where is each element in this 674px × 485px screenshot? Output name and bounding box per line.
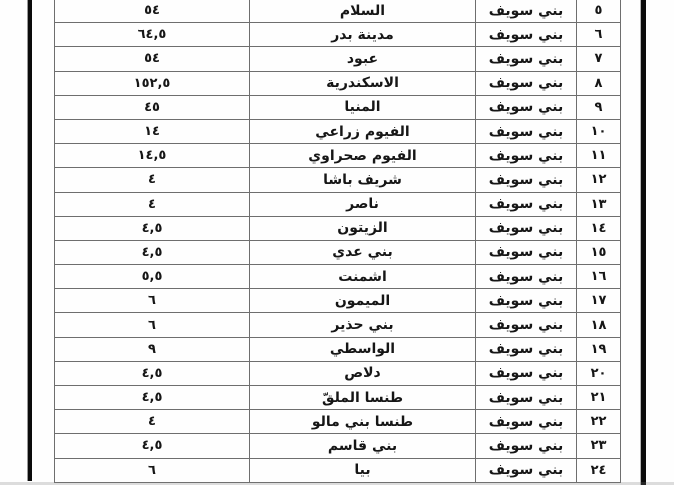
area-name-cell: الفيوم صحراوي [250, 144, 476, 168]
area-name-cell: طنسا الملقّ [250, 386, 476, 410]
table-row: ٢١ بني سويف طنسا الملقّ ٤,٥ [55, 386, 621, 410]
row-number-cell: ١٤ [577, 216, 621, 240]
area-name-cell: السلام [250, 0, 476, 23]
value-cell: ٤,٥ [55, 386, 250, 410]
row-number-cell: ٧ [577, 47, 621, 71]
governorate-cell: بني سويف [476, 313, 577, 337]
governorate-cell: بني سويف [476, 434, 577, 458]
area-name-cell: بني عدي [250, 240, 476, 264]
value-cell: ١٤,٥ [55, 144, 250, 168]
row-number-cell: ٥ [577, 0, 621, 23]
area-name-cell: عبود [250, 47, 476, 71]
row-number-cell: ٢٠ [577, 361, 621, 385]
row-number-cell: ١٩ [577, 337, 621, 361]
area-name-cell: اشمنت [250, 265, 476, 289]
value-cell: ٥٤ [55, 47, 250, 71]
area-name-cell: طنسا بني مالو [250, 410, 476, 434]
row-number-cell: ٦ [577, 23, 621, 47]
areas-table: ٥ بني سويف السلام ٥٤ ٦ بني سويف مدينة بد… [54, 0, 621, 483]
area-name-cell: المنيا [250, 95, 476, 119]
governorate-cell: بني سويف [476, 144, 577, 168]
governorate-cell: بني سويف [476, 168, 577, 192]
value-cell: ٥٤ [55, 0, 250, 23]
table-row: ٥ بني سويف السلام ٥٤ [55, 0, 621, 23]
area-name-cell: الزيتون [250, 216, 476, 240]
value-cell: ١٥٢,٥ [55, 71, 250, 95]
table-row: ١٧ بني سويف الميمون ٦ [55, 289, 621, 313]
governorate-cell: بني سويف [476, 119, 577, 143]
value-cell: ٤ [55, 192, 250, 216]
area-name-cell: شريف باشا [250, 168, 476, 192]
value-cell: ٤,٥ [55, 216, 250, 240]
value-cell: ٤,٥ [55, 240, 250, 264]
table-row: ١٩ بني سويف الواسطي ٩ [55, 337, 621, 361]
table-row: ٨ بني سويف الاسكندرية ١٥٢,٥ [55, 71, 621, 95]
area-name-cell: ناصر [250, 192, 476, 216]
row-number-cell: ١١ [577, 144, 621, 168]
value-cell: ٤,٥ [55, 361, 250, 385]
governorate-cell: بني سويف [476, 95, 577, 119]
row-number-cell: ١٢ [577, 168, 621, 192]
governorate-cell: بني سويف [476, 289, 577, 313]
table-row: ٢٠ بني سويف دلاص ٤,٥ [55, 361, 621, 385]
value-cell: ٤ [55, 410, 250, 434]
value-cell: ١٤ [55, 119, 250, 143]
governorate-cell: بني سويف [476, 361, 577, 385]
value-cell: ٤ [55, 168, 250, 192]
table-row: ٧ بني سويف عبود ٥٤ [55, 47, 621, 71]
table-row: ١٤ بني سويف الزيتون ٤,٥ [55, 216, 621, 240]
table-row: ١١ بني سويف الفيوم صحراوي ١٤,٥ [55, 144, 621, 168]
area-name-cell: الاسكندرية [250, 71, 476, 95]
value-cell: ٦٤,٥ [55, 23, 250, 47]
value-cell: ٩ [55, 337, 250, 361]
governorate-cell: بني سويف [476, 386, 577, 410]
governorate-cell: بني سويف [476, 71, 577, 95]
governorate-cell: بني سويف [476, 23, 577, 47]
row-number-cell: ١٦ [577, 265, 621, 289]
governorate-cell: بني سويف [476, 47, 577, 71]
row-number-cell: ١٣ [577, 192, 621, 216]
area-name-cell: بني قاسم [250, 434, 476, 458]
governorate-cell: بني سويف [476, 192, 577, 216]
governorate-cell: بني سويف [476, 265, 577, 289]
governorate-cell: بني سويف [476, 0, 577, 23]
row-number-cell: ٢٣ [577, 434, 621, 458]
governorate-cell: بني سويف [476, 240, 577, 264]
table-row: ٦ بني سويف مدينة بدر ٦٤,٥ [55, 23, 621, 47]
table-row: ١٥ بني سويف بني عدي ٤,٥ [55, 240, 621, 264]
value-cell: ٤,٥ [55, 434, 250, 458]
area-name-cell: الفيوم زراعي [250, 119, 476, 143]
table-row: ١٨ بني سويف بني حذير ٦ [55, 313, 621, 337]
row-number-cell: ١٥ [577, 240, 621, 264]
row-number-cell: ٢٢ [577, 410, 621, 434]
row-number-cell: ٨ [577, 71, 621, 95]
table-row: ١٠ بني سويف الفيوم زراعي ١٤ [55, 119, 621, 143]
table-row: ٢٤ بني سويف بيا ٦ [55, 458, 621, 482]
page-frame-rule-left [27, 0, 32, 481]
value-cell: ٤٥ [55, 95, 250, 119]
value-cell: ٦ [55, 458, 250, 482]
area-name-cell: الواسطي [250, 337, 476, 361]
row-number-cell: ٩ [577, 95, 621, 119]
area-name-cell: بني حذير [250, 313, 476, 337]
value-cell: ٦ [55, 289, 250, 313]
page-frame-rule-right [640, 0, 646, 485]
governorate-cell: بني سويف [476, 337, 577, 361]
governorate-cell: بني سويف [476, 458, 577, 482]
governorate-cell: بني سويف [476, 410, 577, 434]
scanned-page: ٥ بني سويف السلام ٥٤ ٦ بني سويف مدينة بد… [0, 0, 674, 485]
area-name-cell: بيا [250, 458, 476, 482]
area-name-cell: الميمون [250, 289, 476, 313]
row-number-cell: ٢١ [577, 386, 621, 410]
governorate-cell: بني سويف [476, 216, 577, 240]
table-row: ٢٣ بني سويف بني قاسم ٤,٥ [55, 434, 621, 458]
table-row: ٢٢ بني سويف طنسا بني مالو ٤ [55, 410, 621, 434]
value-cell: ٦ [55, 313, 250, 337]
table-row: ١٢ بني سويف شريف باشا ٤ [55, 168, 621, 192]
row-number-cell: ١٠ [577, 119, 621, 143]
value-cell: ٥,٥ [55, 265, 250, 289]
row-number-cell: ١٨ [577, 313, 621, 337]
table-row: ١٣ بني سويف ناصر ٤ [55, 192, 621, 216]
table-row: ٩ بني سويف المنيا ٤٥ [55, 95, 621, 119]
area-name-cell: مدينة بدر [250, 23, 476, 47]
row-number-cell: ٢٤ [577, 458, 621, 482]
row-number-cell: ١٧ [577, 289, 621, 313]
area-name-cell: دلاص [250, 361, 476, 385]
table-row: ١٦ بني سويف اشمنت ٥,٥ [55, 265, 621, 289]
